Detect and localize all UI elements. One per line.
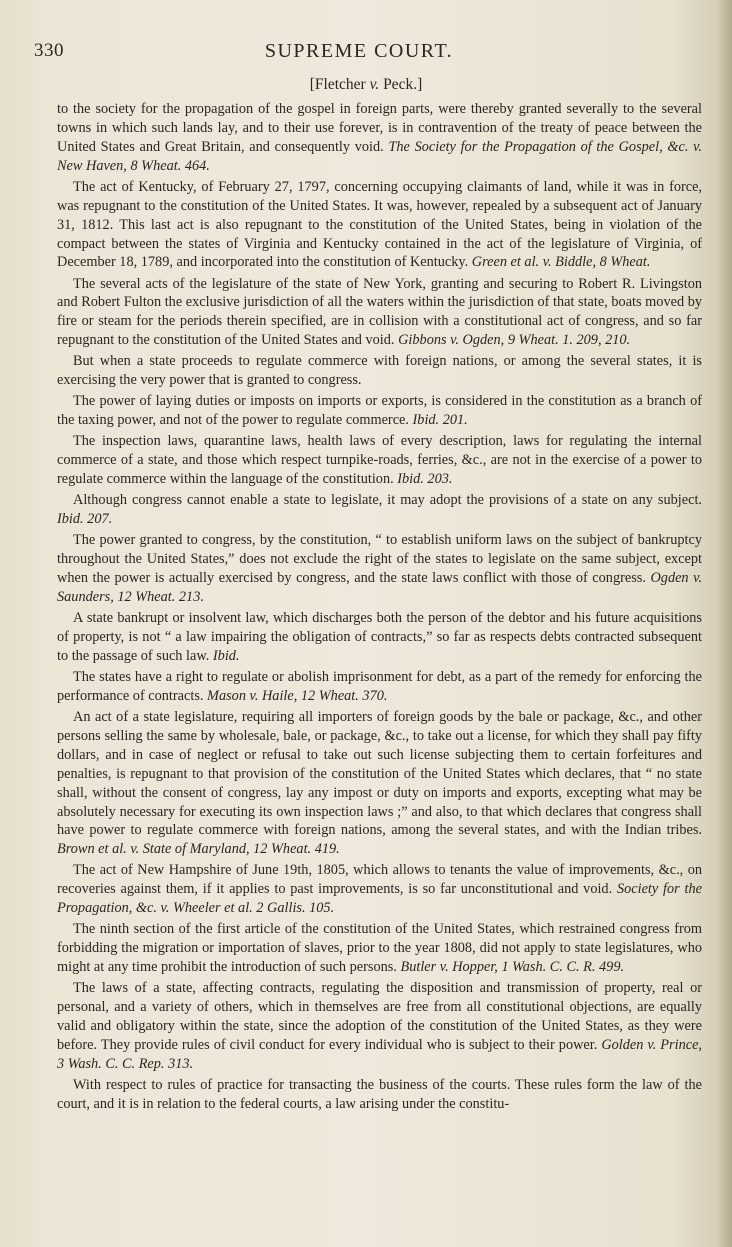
paragraph: The act of New Hampshire of June 19th, 1…	[57, 861, 702, 918]
paragraph-text: With respect to rules of practice for tr…	[57, 1077, 702, 1112]
case-citation: Green et al. v. Biddle, 8 Wheat.	[472, 254, 651, 270]
paragraph-text: Although congress cannot enable a state …	[73, 492, 702, 508]
case-citation: Ibid.	[213, 648, 240, 664]
case-citation: Ibid. 207.	[57, 511, 112, 527]
paragraph-text: The act of New Hampshire of June 19th, 1…	[57, 862, 702, 897]
case-caption-v: v.	[370, 76, 380, 93]
paragraph: A state bankrupt or insolvent law, which…	[57, 609, 702, 666]
running-title: SUPREME COURT.	[34, 40, 684, 63]
paragraph: The laws of a state, affecting contracts…	[57, 979, 702, 1074]
paragraph: With respect to rules of practice for tr…	[57, 1076, 702, 1114]
case-citation: Butler v. Hopper, 1 Wash. C. C. R. 499.	[400, 959, 624, 975]
case-caption-prefix: [Fletcher	[310, 76, 370, 93]
case-caption-suffix: Peck.]	[379, 76, 422, 93]
case-citation: Gibbons v. Ogden, 9 Wheat. 1. 209, 210.	[398, 332, 630, 348]
case-citation: Ibid. 201.	[413, 412, 468, 428]
running-head: 330 SUPREME COURT.	[34, 40, 684, 66]
paragraph: The ninth section of the first article o…	[57, 920, 702, 977]
paragraph: to the society for the propagation of th…	[57, 100, 702, 176]
case-citation: Ibid. 203.	[397, 471, 452, 487]
paragraph: The inspection laws, quarantine laws, he…	[57, 432, 702, 489]
scanned-page: 330 SUPREME COURT. [Fletcher v. Peck.] t…	[0, 0, 732, 1247]
body-text: to the society for the propagation of th…	[57, 100, 702, 1116]
paragraph: The states have a right to regulate or a…	[57, 668, 702, 706]
paragraph-text: The power of laying duties or imposts on…	[57, 393, 702, 428]
paragraph-text: But when a state proceeds to regulate co…	[57, 353, 702, 388]
case-caption: [Fletcher v. Peck.]	[0, 76, 732, 94]
paragraph: The power granted to congress, by the co…	[57, 531, 702, 607]
paragraph-text: The inspection laws, quarantine laws, he…	[57, 433, 702, 487]
page-edge-shadow	[718, 0, 732, 1247]
paragraph-text: The power granted to congress, by the co…	[57, 532, 702, 586]
paragraph: But when a state proceeds to regulate co…	[57, 352, 702, 390]
paragraph: An act of a state legislature, requiring…	[57, 708, 702, 859]
paragraph: Although congress cannot enable a state …	[57, 491, 702, 529]
paragraph: The power of laying duties or imposts on…	[57, 392, 702, 430]
paragraph: The act of Kentucky, of February 27, 179…	[57, 178, 702, 273]
paragraph-text: An act of a state legislature, requiring…	[57, 709, 702, 838]
case-citation: Mason v. Haile, 12 Wheat. 370.	[207, 688, 387, 704]
case-citation: Brown et al. v. State of Maryland, 12 Wh…	[57, 841, 340, 857]
paragraph: The several acts of the legislature of t…	[57, 275, 702, 351]
paragraph-text: A state bankrupt or insolvent law, which…	[57, 610, 702, 664]
